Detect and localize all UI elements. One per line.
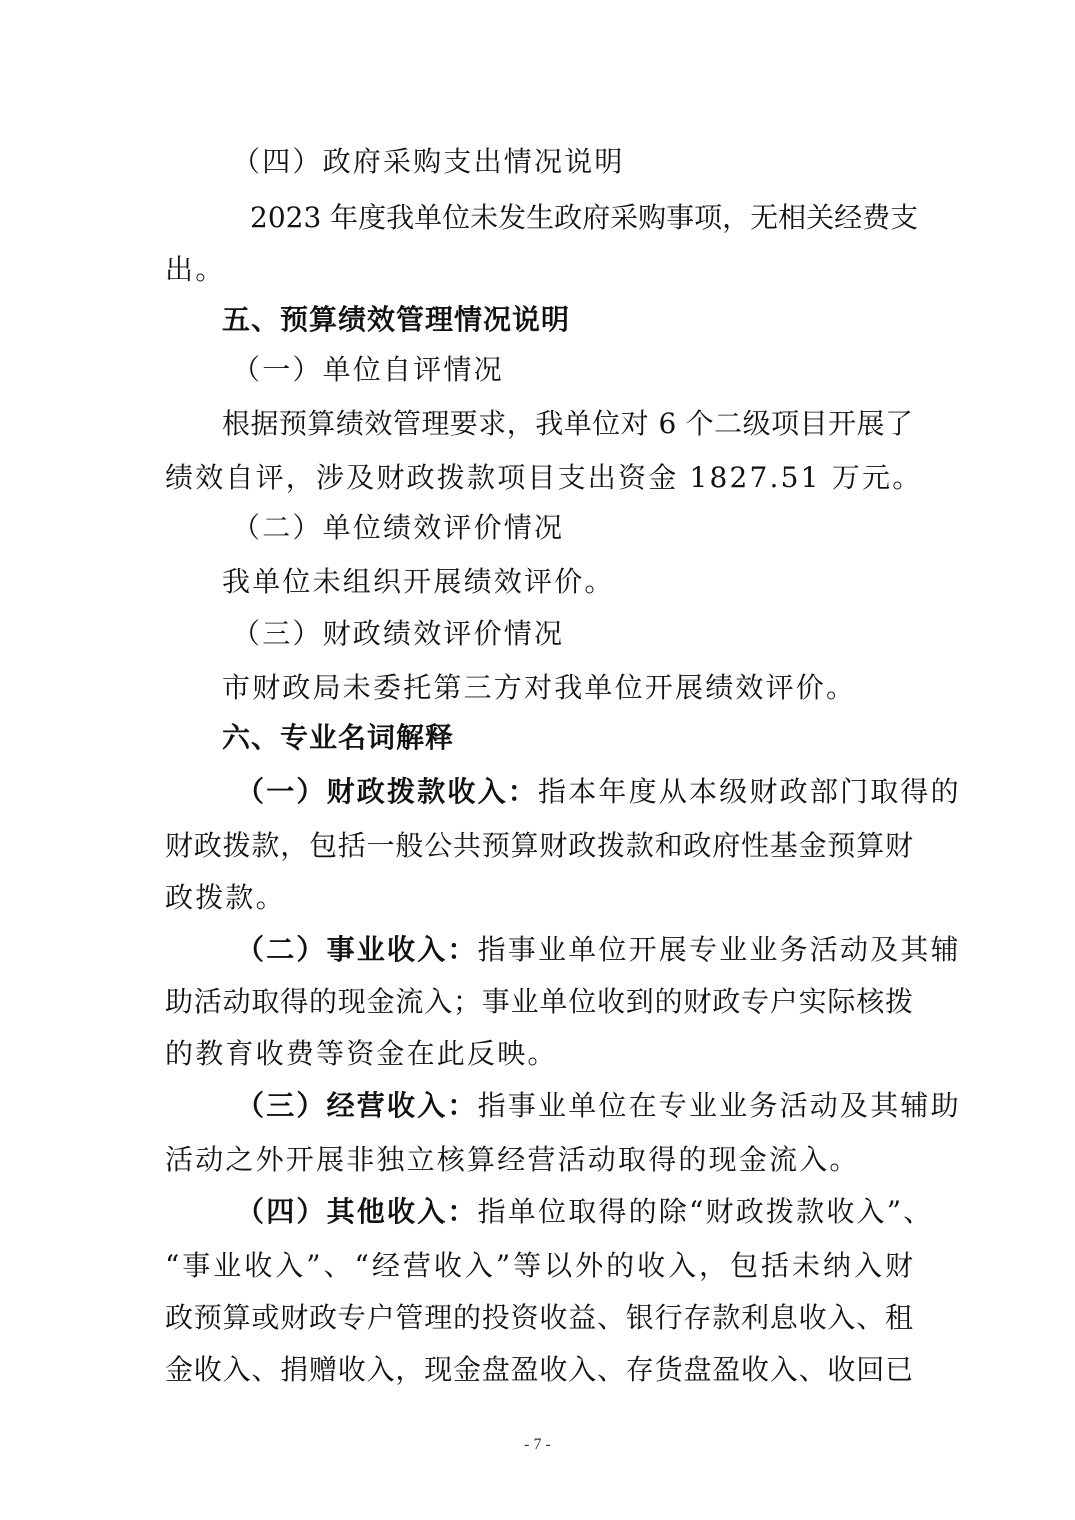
subheading-procurement: （四）政府采购支出情况说明 [232, 144, 625, 180]
term-definition: 指事业单位开展专业业务活动及其辅 [478, 933, 961, 966]
term-definition: 指事业单位在专业业务活动及其辅助 [478, 1089, 961, 1122]
paragraph-line: 市财政局未委托第三方对我单位开展绩效评价。 [222, 670, 856, 706]
term-label: （四）其他收入： [236, 1195, 478, 1228]
term-label: （三）经营收入： [236, 1089, 478, 1122]
paragraph-line: 我单位未组织开展绩效评价。 [222, 564, 615, 600]
paragraph-line: 的教育收费等资金在此反映。 [165, 1036, 558, 1072]
term-operating-income: （三）经营收入：指事业单位在专业业务活动及其辅助 [236, 1088, 961, 1124]
term-label: （一）财政拨款收入： [236, 775, 538, 808]
paragraph-line: 2023 年度我单位未发生政府采购事项，无相关经费支 [250, 200, 913, 236]
term-label: （二）事业收入： [236, 933, 478, 966]
paragraph-line: 政拨款。 [165, 880, 286, 916]
term-business-income: （二）事业收入：指事业单位开展专业业务活动及其辅 [236, 932, 961, 968]
paragraph-line: 绩效自评，涉及财政拨款项目支出资金 1827.51 万元。 [165, 460, 922, 496]
paragraph-line: 活动之外开展非独立核算经营活动取得的现金流入。 [165, 1142, 860, 1178]
subheading-fiscal-evaluation: （三）财政绩效评价情况 [232, 616, 564, 652]
section-heading-6: 六、专业名词解释 [222, 720, 454, 756]
section-heading-5: 五、预算绩效管理情况说明 [222, 302, 570, 338]
term-definition: 指本年度从本级财政部门取得的 [538, 775, 961, 808]
subheading-unit-evaluation: （二）单位绩效评价情况 [232, 510, 564, 546]
paragraph-line: 根据预算绩效管理要求，我单位对 6 个二级项目开展了 [222, 406, 913, 442]
subheading-self-evaluation: （一）单位自评情况 [232, 352, 504, 388]
paragraph-line: 金收入、捐赠收入，现金盘盈收入、存货盘盈收入、收回已 [165, 1352, 913, 1388]
page-number: - 7 - [0, 1436, 1075, 1454]
paragraph-line: 助活动取得的现金流入；事业单位收到的财政专户实际核拨 [165, 984, 913, 1020]
paragraph-line: 政预算或财政专户管理的投资收益、银行存款利息收入、租 [165, 1300, 913, 1336]
paragraph-line: 出。 [165, 252, 225, 288]
term-other-income: （四）其他收入：指单位取得的除“财政拨款收入”、 [236, 1194, 933, 1230]
paragraph-line: “事业收入”、“经营收入”等以外的收入，包括未纳入财 [165, 1248, 913, 1284]
paragraph-line: 财政拨款，包括一般公共预算财政拨款和政府性基金预算财 [165, 828, 913, 864]
term-fiscal-appropriation: （一）财政拨款收入：指本年度从本级财政部门取得的 [236, 774, 961, 810]
term-definition: 指单位取得的除“财政拨款收入”、 [478, 1195, 934, 1228]
